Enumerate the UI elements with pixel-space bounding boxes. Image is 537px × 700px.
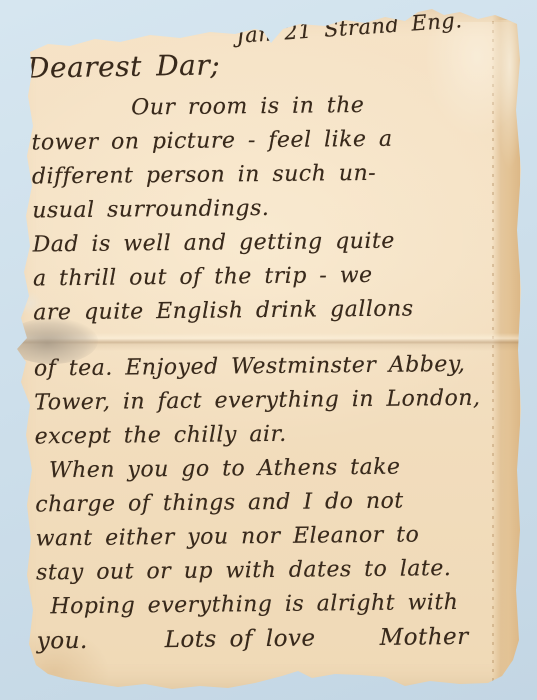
- letter-signature-line: you. Lots of love Mother: [37, 620, 505, 659]
- letter-line: except the chilly air.: [34, 416, 502, 455]
- letter-line: stay out or up with dates to late.: [36, 552, 504, 591]
- letter-line: Our room is in the: [131, 88, 499, 126]
- letter-line: charge of things and I do not: [35, 484, 503, 523]
- letter-line: want either you nor Eleanor to: [36, 518, 504, 557]
- letter-line: different person in such un-: [32, 156, 500, 195]
- letter-body: Our room is in the tower on picture - fe…: [31, 88, 505, 659]
- letter-paper: Jan 21 Strand Eng. Dearest Dar; Our room…: [0, 0, 537, 700]
- letter-line: Dad is well and getting quite: [32, 224, 500, 263]
- scan-background: Jan 21 Strand Eng. Dearest Dar; Our room…: [0, 0, 537, 700]
- letter-dateline: Jan 21 Strand Eng.: [235, 8, 463, 48]
- letter-line: Tower, in fact everything in London,: [34, 382, 502, 421]
- letter-line: tower on picture - feel like a: [31, 122, 499, 161]
- letter-line: usual surroundings.: [32, 190, 500, 229]
- letter-salutation: Dearest Dar;: [27, 48, 221, 84]
- letter-line: Hoping everything is alright with: [50, 586, 504, 625]
- letter-line: When you go to Athens take: [49, 450, 503, 489]
- letter-line: are quite English drink gallons: [33, 292, 501, 331]
- letter-line: a thrill out of the trip - we: [33, 258, 501, 297]
- letter-line: of tea. Enjoyed Westminster Abbey,: [34, 348, 502, 387]
